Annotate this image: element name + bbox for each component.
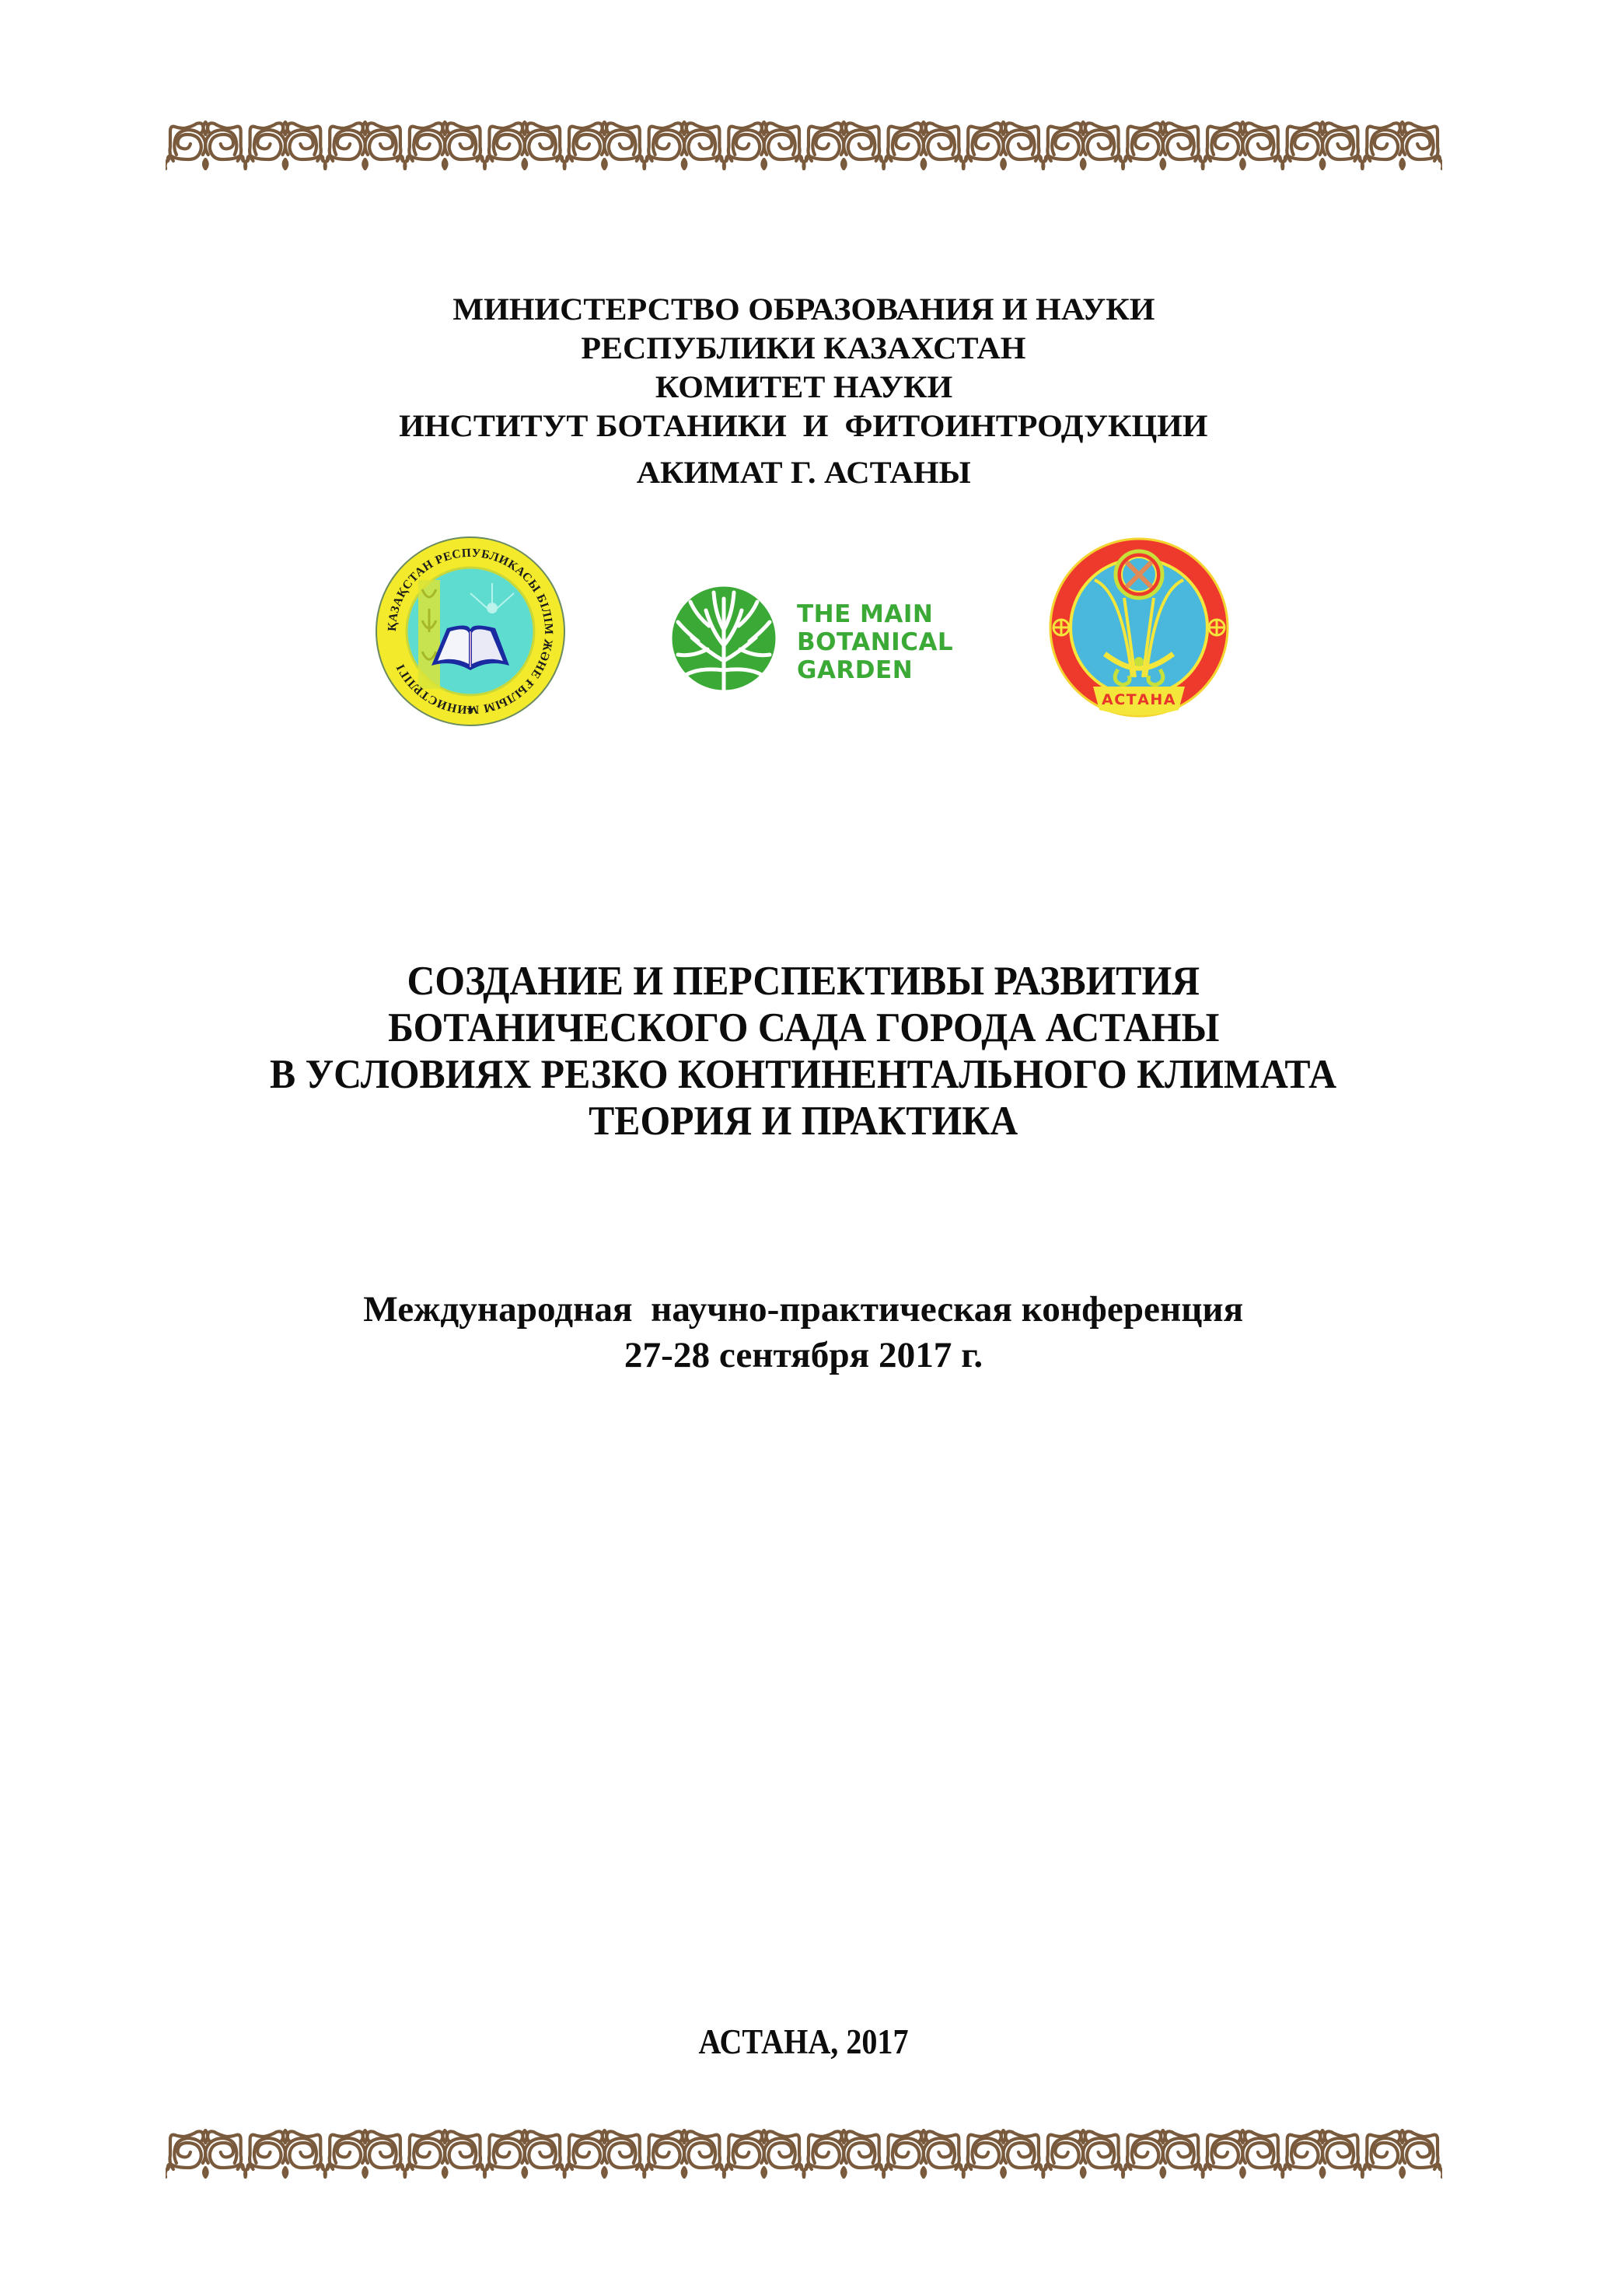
cover-page: МИНИСТЕРСТВО ОБРАЗОВАНИЯ И НАУКИ РЕСПУБЛ…: [0, 0, 1607, 2296]
header-line-committee: КОМИТЕТ НАУКИ: [0, 372, 1607, 403]
ornament-border-top-icon: [166, 121, 1442, 170]
botanical-garden-text-line-2: BOTANICAL: [797, 631, 953, 655]
ornament-border-bottom-icon: [166, 2129, 1442, 2179]
title-line-1: СОЗДАНИЕ И ПЕРСПЕКТИВЫ РАЗВИТИЯ: [0, 961, 1607, 1002]
header-line-akimat: АКИМАТ Г. АСТАНЫ: [0, 457, 1607, 488]
header-line-institute: ИНСТИТУТ БОТАНИКИ И ФИТОИНТРОДУКЦИИ: [0, 411, 1607, 442]
conference-dates: 27-28 сентября 2017 г.: [0, 1337, 1607, 1374]
tree-icon: [669, 583, 779, 694]
place-and-year: АСТАНА, 2017: [0, 2025, 1607, 2060]
astana-emblem-label: АСТАНА: [1102, 691, 1176, 708]
svg-text:★: ★: [466, 704, 476, 716]
botanical-garden-logo: THE MAIN BOTANICAL GARDEN: [669, 579, 964, 696]
header-line-republic: РЕСПУБЛИКИ КАЗАХСТАН: [0, 333, 1607, 364]
botanical-garden-text-line-1: THE MAIN: [797, 603, 933, 627]
conference-name: Международная научно-практическая конфер…: [0, 1291, 1607, 1328]
ministry-of-education-emblem-icon: ҚАЗАҚСТАН РЕСПУБЛИКАСЫ БІЛІМ ЖӘНЕ ҒЫЛЫМ …: [376, 535, 565, 728]
title-line-2: БОТАНИЧЕСКОГО САДА ГОРОДА АСТАНЫ: [0, 1008, 1607, 1049]
title-line-4: ТЕОРИЯ И ПРАКТИКА: [0, 1101, 1607, 1142]
astana-city-emblem-icon: АСТАНА: [1048, 537, 1230, 718]
header-line-ministry: МИНИСТЕРСТВО ОБРАЗОВАНИЯ И НАУКИ: [0, 294, 1607, 325]
botanical-garden-text-line-3: GARDEN: [797, 659, 913, 683]
title-line-3: В УСЛОВИЯХ РЕЗКО КОНТИНЕНТАЛЬНОГО КЛИМАТ…: [0, 1054, 1607, 1096]
